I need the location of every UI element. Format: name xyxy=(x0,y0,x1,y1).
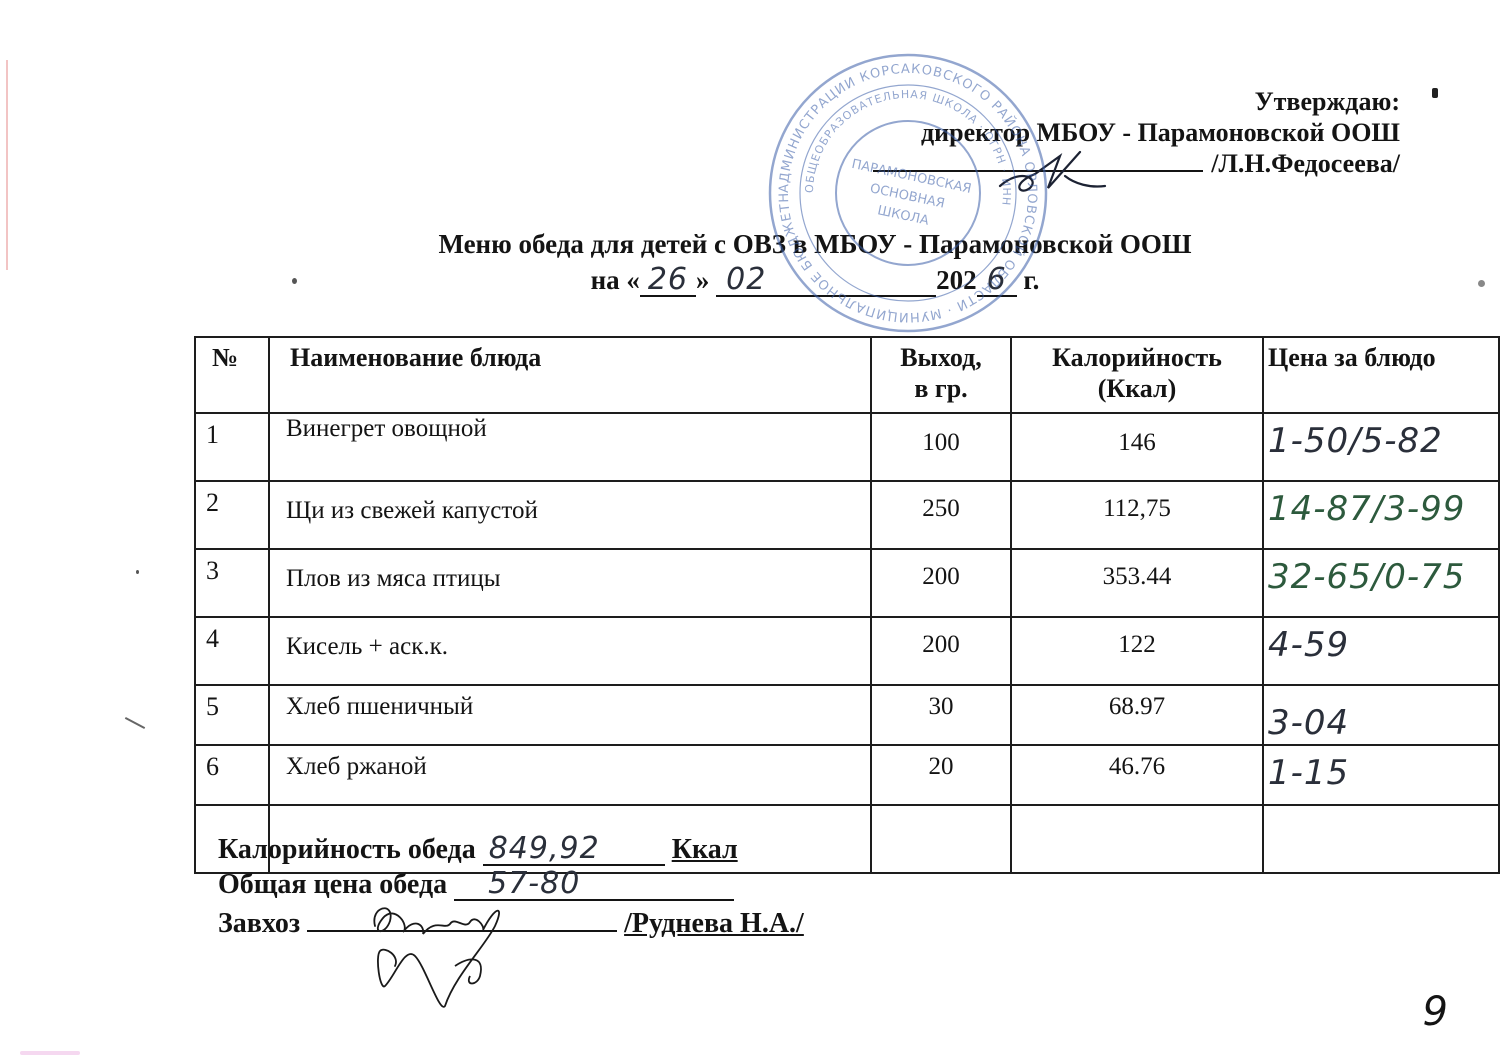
manager-name: /Руднева Н.А./ xyxy=(624,908,804,939)
scan-speck xyxy=(125,717,145,729)
summary-manager: Завхоз /Руднева Н.А./ xyxy=(218,902,804,941)
date-month-field: 02 xyxy=(716,265,936,297)
approval-position: директор МБОУ - Парамоновской ООШ xyxy=(873,117,1400,148)
page-number: 9 xyxy=(1423,989,1448,1035)
table-row: 4 Кисель + аск.к. 200 122 4-59 xyxy=(195,617,1499,685)
cell-name: Винегрет овощной xyxy=(269,413,871,481)
header-num: № xyxy=(195,337,269,413)
document-title: Меню обеда для детей с ОВЗ в МБОУ - Пара… xyxy=(0,226,1500,298)
cell-price: 3-04 xyxy=(1263,685,1499,745)
table-header-row: № Наименование блюда Выход, в гр. Калори… xyxy=(195,337,1499,413)
scan-speck xyxy=(1432,88,1438,98)
cell-yield: 200 xyxy=(871,549,1011,617)
cell-num: 1 xyxy=(195,413,269,481)
menu-table: № Наименование блюда Выход, в гр. Калори… xyxy=(194,336,1500,874)
scan-edge xyxy=(20,1051,80,1055)
table-row: 6 Хлеб ржаной 20 46.76 1-15 xyxy=(195,745,1499,805)
cell-yield: 30 xyxy=(871,685,1011,745)
cell-price: 1-50/5-82 xyxy=(1263,413,1499,481)
date-day-field: 26 xyxy=(640,265,696,297)
cell-num: 5 xyxy=(195,685,269,745)
table-row: 5 Хлеб пшеничный 30 68.97 3-04 xyxy=(195,685,1499,745)
scan-speck xyxy=(292,278,297,284)
cell-calories: 122 xyxy=(1011,617,1263,685)
cell-calories: 112,75 xyxy=(1011,481,1263,549)
cell-name: Кисель + аск.к. xyxy=(269,617,871,685)
approval-block: Утверждаю: директор МБОУ - Парамоновской… xyxy=(873,86,1400,179)
cell-yield: 200 xyxy=(871,617,1011,685)
cell-num: 3 xyxy=(195,549,269,617)
approval-signature-line: /Л.Н.Федосеева/ xyxy=(873,148,1400,179)
date-year-field: 6 xyxy=(977,265,1017,297)
cell-num: 6 xyxy=(195,745,269,805)
svg-text:ШКОЛА: ШКОЛА xyxy=(876,203,930,229)
header-price: Цена за блюдо xyxy=(1263,337,1499,413)
header-calories: Калорийность (Ккал) xyxy=(1011,337,1263,413)
cell-price: 4-59 xyxy=(1263,617,1499,685)
cell-yield: 250 xyxy=(871,481,1011,549)
cell-calories: 146 xyxy=(1011,413,1263,481)
table-row: 3 Плов из мяса птицы 200 353.44 32-65/0-… xyxy=(195,549,1499,617)
cell-price: 1-15 xyxy=(1263,745,1499,805)
cell-num: 2 xyxy=(195,481,269,549)
calories-total-field: 849,92 xyxy=(483,834,665,866)
summary-price: Общая цена обеда 57-80 xyxy=(218,867,804,902)
svg-text:ОСНОВНАЯ: ОСНОВНАЯ xyxy=(869,181,946,211)
header-name: Наименование блюда xyxy=(269,337,871,413)
cell-price: 14-87/3-99 xyxy=(1263,481,1499,549)
summary-calories: Калорийность обеда 849,92 Ккал xyxy=(218,832,804,867)
cell-yield: 20 xyxy=(871,745,1011,805)
cell-yield: 100 xyxy=(871,413,1011,481)
header-yield: Выход, в гр. xyxy=(871,337,1011,413)
title-date-line: на «26» 022026 г. xyxy=(0,262,1500,298)
cell-price: 32-65/0-75 xyxy=(1263,549,1499,617)
scan-speck xyxy=(136,570,139,574)
manager-signature-line xyxy=(307,902,617,932)
cell-num: 4 xyxy=(195,617,269,685)
cell-name: Щи из свежей капустой xyxy=(269,481,871,549)
title-line: Меню обеда для детей с ОВЗ в МБОУ - Пара… xyxy=(0,226,1500,262)
approval-heading: Утверждаю: xyxy=(873,86,1400,117)
summary-block: Калорийность обеда 849,92 Ккал Общая цен… xyxy=(218,832,804,941)
table-row: 2 Щи из свежей капустой 250 112,75 14-87… xyxy=(195,481,1499,549)
table-row: 1 Винегрет овощной 100 146 1-50/5-82 xyxy=(195,413,1499,481)
cell-name: Плов из мяса птицы xyxy=(269,549,871,617)
scan-speck xyxy=(1478,280,1485,287)
signature-line xyxy=(873,150,1203,172)
approval-signer: /Л.Н.Федосеева/ xyxy=(1211,149,1400,178)
cell-calories: 353.44 xyxy=(1011,549,1263,617)
cell-calories: 68.97 xyxy=(1011,685,1263,745)
cell-name: Хлеб ржаной xyxy=(269,745,871,805)
cell-name: Хлеб пшеничный xyxy=(269,685,871,745)
cell-calories: 46.76 xyxy=(1011,745,1263,805)
price-total-field: 57-80 xyxy=(454,869,734,901)
